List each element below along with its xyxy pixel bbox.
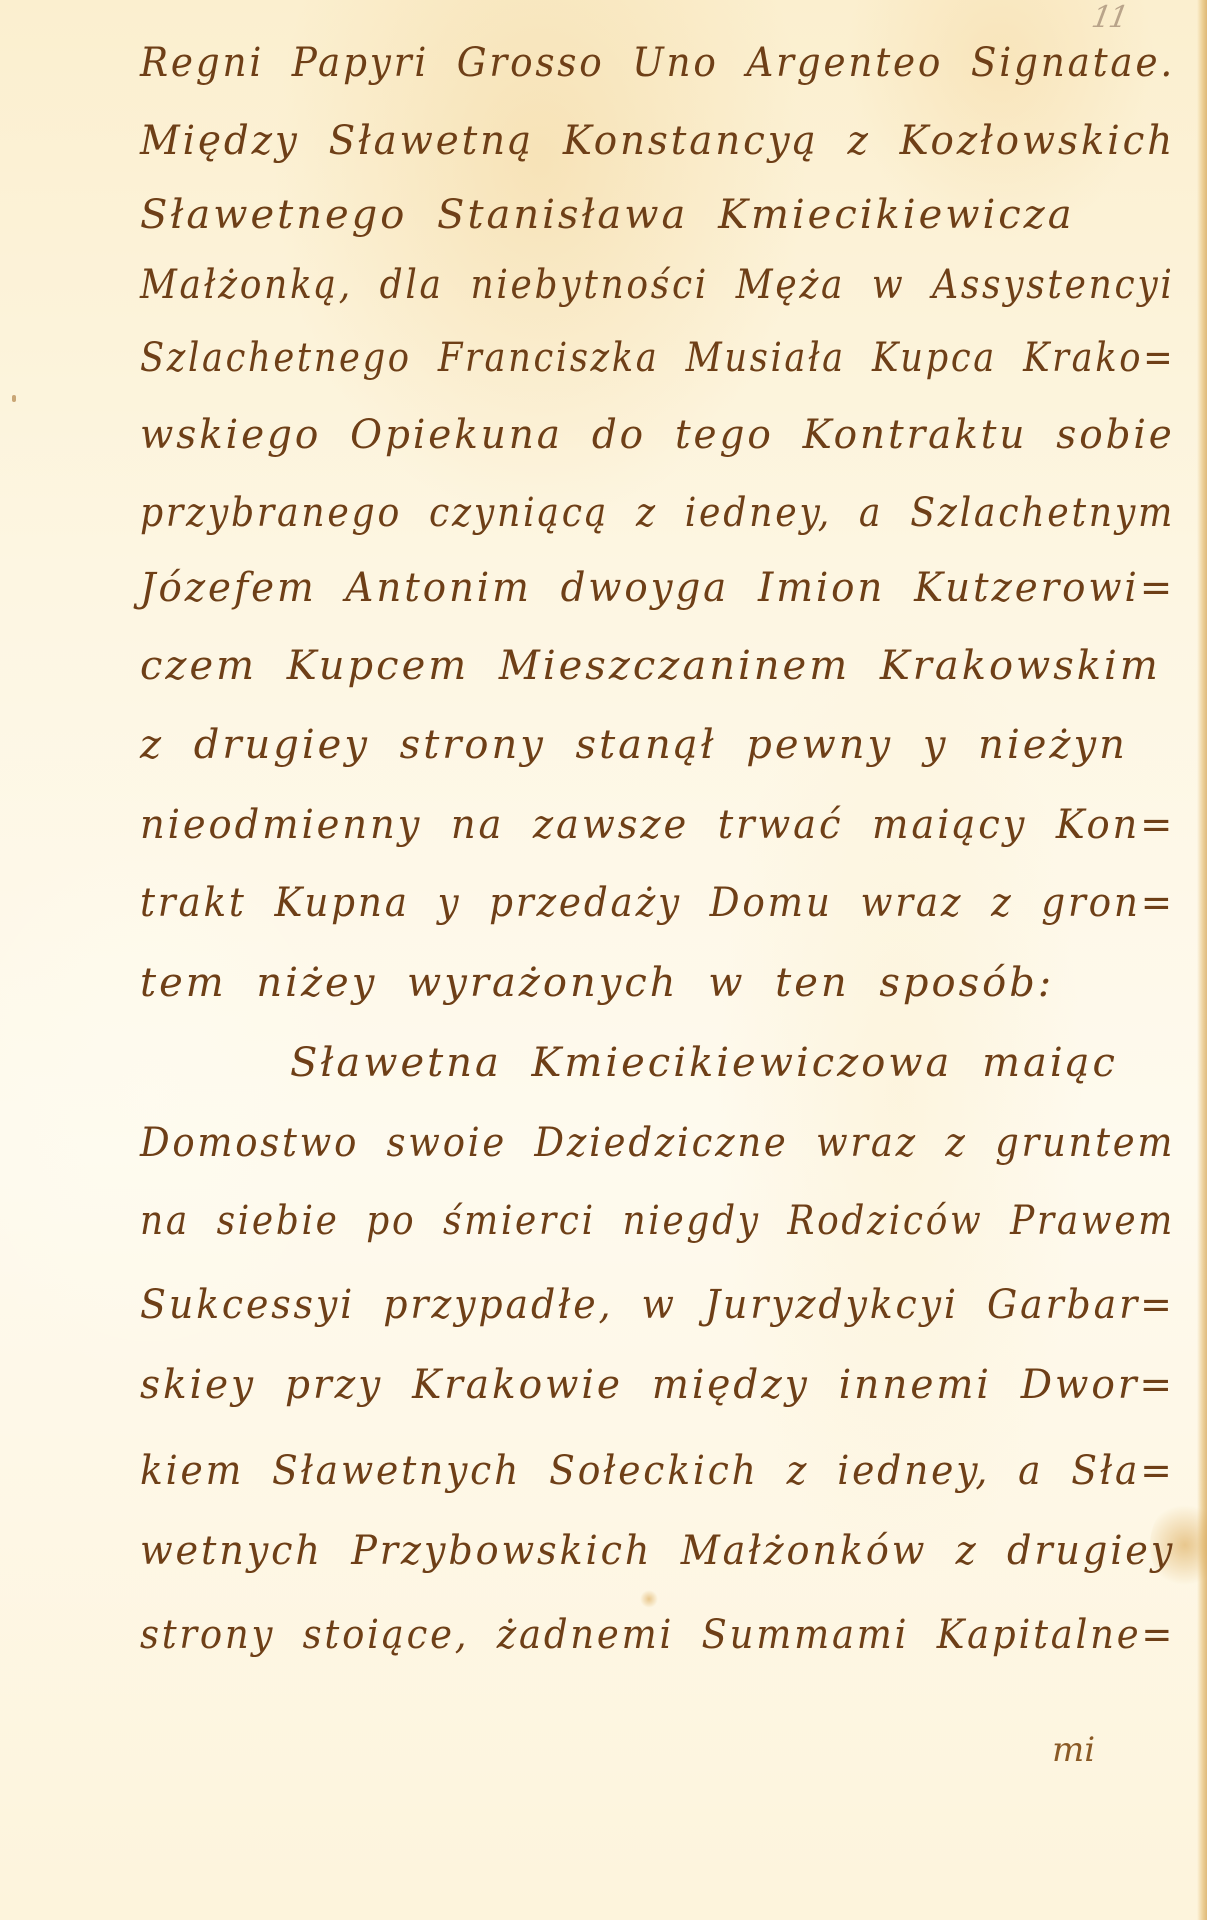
folio-number: 11 (1089, 0, 1129, 35)
manuscript-line-15: Domostwo swoie Dziedziczne wraz z grunte… (140, 1120, 1175, 1166)
manuscript-line-8: Józefem Antonim dwoyga Imion Kutzerowi= (140, 565, 1175, 611)
manuscript-line-14: Sławetna Kmiecikiewiczowa maiąc (290, 1040, 1118, 1086)
manuscript-line-10: z drugiey strony stanął pewny y nieżyn (140, 722, 1128, 768)
manuscript-line-7: przybranego czyniącą z iedney, a Szlache… (140, 490, 1175, 536)
manuscript-line-3: Sławetnego Stanisława Kmiecikiewicza (140, 192, 1075, 238)
manuscript-line-9: czem Kupcem Mieszczaninem Krakowskim (140, 643, 1161, 689)
manuscript-line-2: Między Sławetną Konstancyą z Kozłowskich (140, 118, 1175, 164)
manuscript-line-11: nieodmienny na zawsze trwać maiący Kon= (140, 802, 1175, 848)
paper-stain (640, 1590, 658, 1608)
manuscript-line-16: na siebie po śmierci niegdy Rodziców Pra… (140, 1198, 1175, 1244)
manuscript-line-13: tem niżey wyrażonych w ten sposób: (140, 960, 1054, 1006)
manuscript-line-21: strony stoiące, żadnemi Summami Kapitaln… (140, 1612, 1175, 1658)
manuscript-line-18: skiey przy Krakowie między innemi Dwor= (140, 1362, 1175, 1408)
manuscript-line-19: kiem Sławetnych Sołeckich z iedney, a Sł… (140, 1448, 1175, 1494)
page-edge-stain (1197, 0, 1207, 1920)
catchword: mi (1052, 1730, 1095, 1770)
manuscript-line-6: wskiego Opiekuna do tego Kontraktu sobie (140, 412, 1175, 458)
manuscript-line-4: Małżonką, dla niebytności Męża w Assyste… (140, 262, 1175, 308)
manuscript-line-20: wetnych Przybowskich Małżonków z drugiey (140, 1528, 1175, 1574)
manuscript-line-1: Regni Papyri Grosso Uno Argenteo Signata… (140, 40, 1175, 86)
margin-mark (12, 395, 16, 402)
manuscript-line-17: Sukcessyi przypadłe, w Juryzdykcyi Garba… (140, 1282, 1175, 1328)
manuscript-line-5: Szlachetnego Franciszka Musiała Kupca Kr… (140, 335, 1175, 381)
manuscript-page: 11 Regni Papyri Grosso Uno Argenteo Sign… (0, 0, 1207, 1920)
manuscript-line-12: trakt Kupna y przedaży Domu wraz z gron= (140, 880, 1175, 926)
